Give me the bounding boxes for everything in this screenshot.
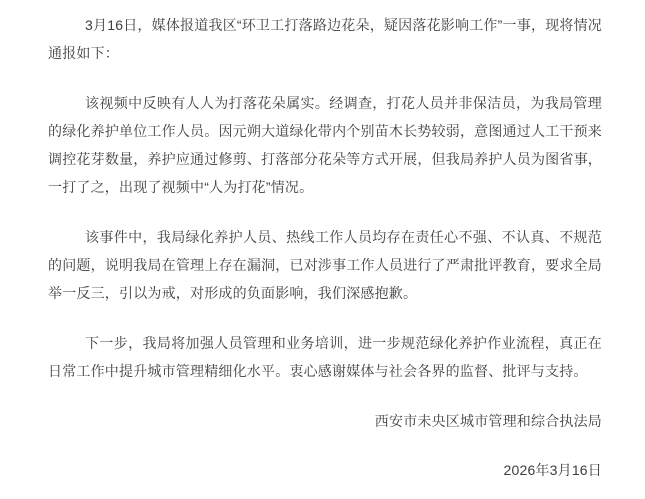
issuer-signature: 西安市未央区城市管理和综合执法局 [48,407,602,435]
notice-page: 3月16日，媒体报道我区“环卫工打落路边花朵，疑因落花影响工作”一事，现将情况通… [0,0,645,499]
notice-date: 2026年3月16日 [48,456,602,484]
notice-paragraph-apology: 该事件中，我局绿化养护人员、热线工作人员均存在责任心不强、不认真、不规范的问题，… [48,223,602,307]
notice-paragraph-investigation: 该视频中反映有人人为打落花朵属实。经调查，打花人员并非保洁员，为我局管理的绿化养… [48,89,602,201]
notice-paragraph-next-steps: 下一步，我局将加强人员管理和业务培训，进一步规范绿化养护作业流程，真正在日常工作… [48,329,602,385]
notice-paragraph-intro: 3月16日，媒体报道我区“环卫工打落路边花朵，疑因落花影响工作”一事，现将情况通… [48,11,602,67]
